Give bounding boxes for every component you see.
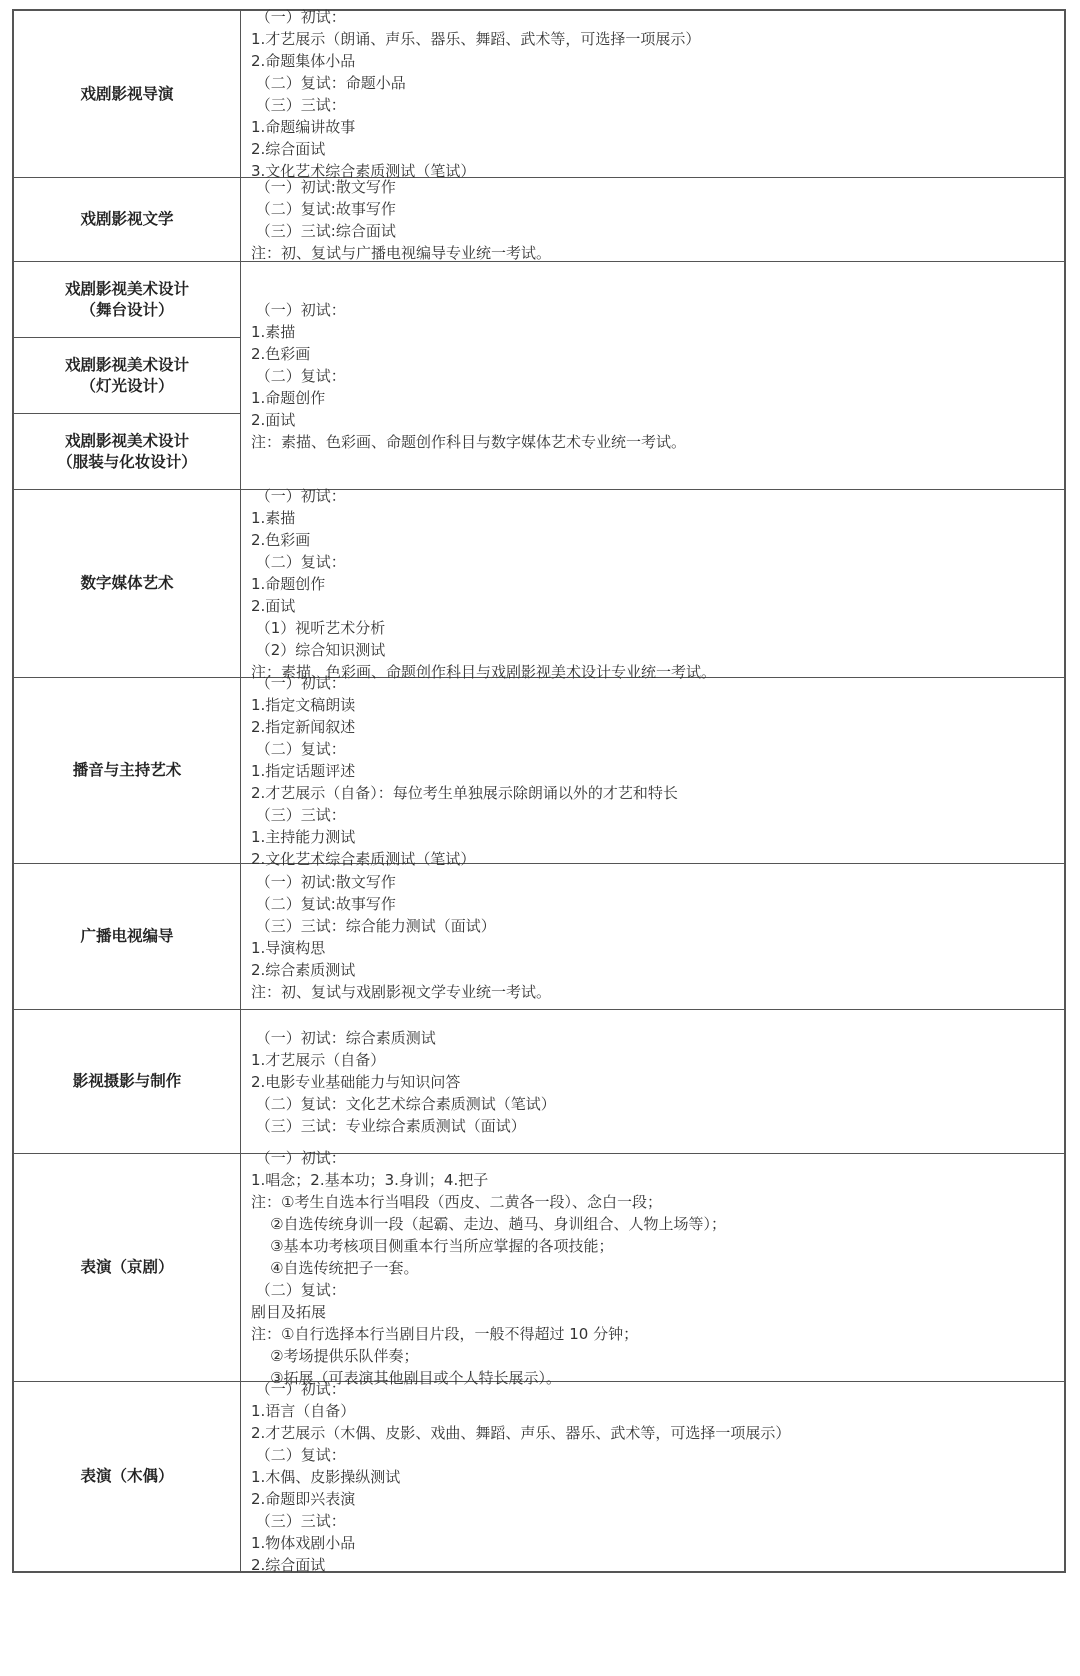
exam-item-line: （2）综合知识测试 — [251, 639, 1064, 661]
exam-item-line: 2.色彩画 — [251, 343, 1064, 365]
exam-item-line: 2.综合面试 — [251, 1554, 1064, 1576]
exam-item-line: 1.命题编讲故事 — [251, 116, 1064, 138]
exam-item-line: 2.电影专业基础能力与知识问答 — [251, 1071, 1064, 1093]
exam-item-line: 1.木偶、皮影操纵测试 — [251, 1466, 1064, 1488]
exam-item-line: （三）三试:综合面试 — [251, 220, 1064, 242]
table-row: 戏剧影视导演 （一）初试：1.才艺展示（朗诵、声乐、器乐、舞蹈、武术等，可选择一… — [14, 11, 1064, 177]
exam-item-line: 1.指定文稿朗读 — [251, 694, 1064, 716]
major-name-cell: 戏剧影视美术设计 （灯光设计） — [14, 337, 240, 413]
major-name-cell: 播音与主持艺术 — [14, 678, 241, 863]
exam-content-cell: （一）初试：1.语言（自备）2.才艺展示（木偶、皮影、戏曲、舞蹈、声乐、器乐、武… — [241, 1382, 1064, 1571]
exam-content-cell: （一）初试:散文写作 （二）复试:故事写作 （三）三试:综合面试注：初、复试与广… — [241, 178, 1064, 261]
exam-item-line: 1.素描 — [251, 507, 1064, 529]
exam-content-cell: （一）初试:散文写作 （二）复试:故事写作 （三）三试：综合能力测试（面试）1.… — [241, 864, 1064, 1009]
exam-item-line: 2.命题集体小品 — [251, 50, 1064, 72]
exam-content-cell: （一）初试：1.指定文稿朗读2.指定新闻叙述 （二）复试：1.指定话题评述2.才… — [241, 678, 1064, 863]
exam-item-line: 2.才艺展示（自备）：每位考生单独展示除朗诵以外的才艺和特长 — [251, 782, 1064, 804]
exam-item-line: （二）复试:故事写作 — [251, 893, 1064, 915]
exam-item-line: （一）初试： — [251, 299, 1064, 321]
major-group-cell: 戏剧影视美术设计 （舞台设计）戏剧影视美术设计 （灯光设计）戏剧影视美术设计 （… — [14, 262, 241, 489]
exam-item-line: 1.指定话题评述 — [251, 760, 1064, 782]
exam-item-line: （一）初试:散文写作 — [251, 176, 1064, 198]
exam-item-line: 1.语言（自备） — [251, 1400, 1064, 1422]
exam-item-line: 1.导演构思 — [251, 937, 1064, 959]
exam-item-line: （三）三试：专业综合素质测试（面试） — [251, 1115, 1064, 1137]
exam-item-line: 1.才艺展示（自备） — [251, 1049, 1064, 1071]
exam-item-line: （三）三试： — [251, 804, 1064, 826]
exam-item-line: ②考场提供乐队伴奏； — [251, 1345, 1064, 1367]
exam-item-line: 注：①自行选择本行当剧目片段，一般不得超过 10 分钟； — [251, 1323, 1064, 1345]
exam-item-line: （三）三试： — [251, 94, 1064, 116]
exam-item-line: （一）初试：综合素质测试 — [251, 1027, 1064, 1049]
table-row: 影视摄影与制作 （一）初试：综合素质测试1.才艺展示（自备）2.电影专业基础能力… — [14, 1009, 1064, 1153]
exam-item-line: （一）初试:散文写作 — [251, 871, 1064, 893]
exam-item-line: （二）复试： — [251, 1444, 1064, 1466]
exam-item-line: 2.综合素质测试 — [251, 959, 1064, 981]
exam-item-line: 2.命题即兴表演 — [251, 1488, 1064, 1510]
exam-item-line: （一）初试： — [251, 1147, 1064, 1169]
exam-item-line: 注：①考生自选本行当唱段（西皮、二黄各一段）、念白一段； — [251, 1191, 1064, 1213]
exam-item-line: 1.素描 — [251, 321, 1064, 343]
exam-item-line: 注：初、复试与戏剧影视文学专业统一考试。 — [251, 981, 1064, 1003]
exam-item-line: 1.命题创作 — [251, 387, 1064, 409]
major-name-cell: 表演（木偶） — [14, 1382, 241, 1571]
exam-item-line: （一）初试： — [251, 6, 1064, 28]
exam-item-line: （二）复试： — [251, 738, 1064, 760]
exam-content-cell: （一）初试：综合素质测试1.才艺展示（自备）2.电影专业基础能力与知识问答 （二… — [241, 1010, 1064, 1153]
exam-item-line: 1.唱念；2.基本功；3.身训；4.把子 — [251, 1169, 1064, 1191]
exam-item-line: 2.色彩画 — [251, 529, 1064, 551]
exam-item-line: ④自选传统把子一套。 — [251, 1257, 1064, 1279]
major-name-cell: 表演（京剧） — [14, 1154, 241, 1381]
exam-item-line: （二）复试：文化艺术综合素质测试（笔试） — [251, 1093, 1064, 1115]
table-row: 数字媒体艺术 （一）初试：1.素描2.色彩画 （二）复试：1.命题创作2.面试 … — [14, 489, 1064, 677]
exam-item-line: 2.才艺展示（木偶、皮影、戏曲、舞蹈、声乐、器乐、武术等，可选择一项展示） — [251, 1422, 1064, 1444]
table-row: 播音与主持艺术 （一）初试：1.指定文稿朗读2.指定新闻叙述 （二）复试：1.指… — [14, 677, 1064, 863]
exam-item-line: 1.才艺展示（朗诵、声乐、器乐、舞蹈、武术等，可选择一项展示） — [251, 28, 1064, 50]
exam-item-line: （二）复试： — [251, 1279, 1064, 1301]
exam-subjects-table: 戏剧影视导演 （一）初试：1.才艺展示（朗诵、声乐、器乐、舞蹈、武术等，可选择一… — [12, 9, 1066, 1573]
exam-item-line: （一）初试： — [251, 672, 1064, 694]
exam-item-line: 注：初、复试与广播电视编导专业统一考试。 — [251, 242, 1064, 264]
exam-item-line: （二）复试： — [251, 551, 1064, 573]
table-row: 广播电视编导 （一）初试:散文写作 （二）复试:故事写作 （三）三试：综合能力测… — [14, 863, 1064, 1009]
exam-item-line: （1）视听艺术分析 — [251, 617, 1064, 639]
major-name-cell: 戏剧影视导演 — [14, 11, 241, 177]
major-name-cell: 戏剧影视文学 — [14, 178, 241, 261]
table-row: 表演（京剧） （一）初试：1.唱念；2.基本功；3.身训；4.把子注：①考生自选… — [14, 1153, 1064, 1381]
table-row: 戏剧影视文学 （一）初试:散文写作 （二）复试:故事写作 （三）三试:综合面试注… — [14, 177, 1064, 261]
exam-item-line: 2.指定新闻叙述 — [251, 716, 1064, 738]
exam-item-line: 剧目及拓展 — [251, 1301, 1064, 1323]
table-row: 表演（木偶） （一）初试：1.语言（自备）2.才艺展示（木偶、皮影、戏曲、舞蹈、… — [14, 1381, 1064, 1571]
exam-item-line: （一）初试： — [251, 1378, 1064, 1400]
exam-item-line: （三）三试：综合能力测试（面试） — [251, 915, 1064, 937]
exam-item-line: 2.面试 — [251, 409, 1064, 431]
exam-item-line: （二）复试：命题小品 — [251, 72, 1064, 94]
exam-content-cell: （一）初试：1.唱念；2.基本功；3.身训；4.把子注：①考生自选本行当唱段（西… — [241, 1154, 1064, 1381]
exam-content-cell: （一）初试：1.才艺展示（朗诵、声乐、器乐、舞蹈、武术等，可选择一项展示）2.命… — [241, 11, 1064, 177]
exam-item-line: 2.综合面试 — [251, 138, 1064, 160]
exam-item-line: 1.命题创作 — [251, 573, 1064, 595]
major-name-cell: 广播电视编导 — [14, 864, 241, 1009]
exam-item-line: （一）初试： — [251, 485, 1064, 507]
exam-item-line: （二）复试:故事写作 — [251, 198, 1064, 220]
exam-item-line: 1.主持能力测试 — [251, 826, 1064, 848]
table-row: 戏剧影视美术设计 （舞台设计）戏剧影视美术设计 （灯光设计）戏剧影视美术设计 （… — [14, 261, 1064, 489]
exam-content-cell: （一）初试：1.素描2.色彩画 （二）复试：1.命题创作2.面试注：素描、色彩画… — [241, 262, 1064, 489]
exam-item-line: （二）复试： — [251, 365, 1064, 387]
major-name-cell: 数字媒体艺术 — [14, 490, 241, 677]
exam-item-line: 注：素描、色彩画、命题创作科目与数字媒体艺术专业统一考试。 — [251, 431, 1064, 453]
exam-item-line: （三）三试： — [251, 1510, 1064, 1532]
exam-item-line: 2.面试 — [251, 595, 1064, 617]
major-name-cell: 影视摄影与制作 — [14, 1010, 241, 1153]
exam-content-cell: （一）初试：1.素描2.色彩画 （二）复试：1.命题创作2.面试 （1）视听艺术… — [241, 490, 1064, 677]
exam-item-line: 1.物体戏剧小品 — [251, 1532, 1064, 1554]
major-name-cell: 戏剧影视美术设计 （服装与化妆设计） — [14, 413, 240, 489]
exam-item-line: ②自选传统身训一段（起霸、走边、趟马、身训组合、人物上场等）； — [251, 1213, 1064, 1235]
major-name-cell: 戏剧影视美术设计 （舞台设计） — [14, 262, 240, 337]
exam-item-line: ③基本功考核项目侧重本行当所应掌握的各项技能； — [251, 1235, 1064, 1257]
